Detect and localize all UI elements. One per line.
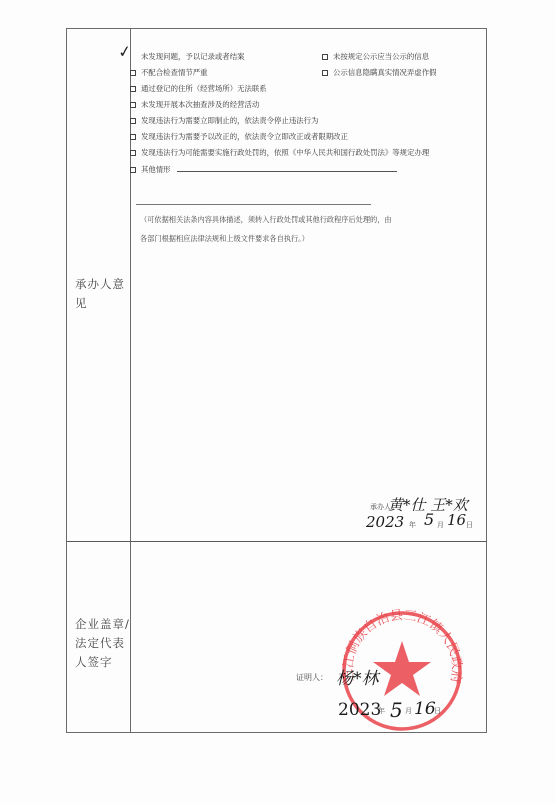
separator-line (136, 204, 371, 205)
year-unit: 年 (378, 706, 385, 716)
option-other[interactable]: 其他情形 (130, 163, 397, 175)
section-label-company-seal: 企业盖章/法定代表人签字 (67, 615, 131, 672)
option-label: 通过登记的住所（经营场所）无法联系 (141, 84, 267, 93)
witness-date-day: 16 (414, 699, 436, 719)
checkbox[interactable] (130, 70, 136, 76)
option-not-publicized[interactable]: 未按规定公示应当公示的信息 (322, 51, 429, 63)
option-label: 其他情形 (141, 165, 171, 174)
checkbox[interactable] (130, 150, 136, 156)
option-correct-violation[interactable]: 发现违法行为需要予以改正的，依法责令立即改正或者限期改正 (130, 131, 348, 143)
handler-opinion-label-text: 承办人意见 (75, 277, 125, 310)
company-seal-label-text: 企业盖章/法定代表人签字 (75, 617, 130, 669)
witness-date-year: 2023 (338, 700, 381, 720)
handler-date-year: 2023 (366, 513, 404, 531)
witness-date-month: 5 (390, 698, 403, 722)
option-no-problem[interactable]: 未发现问题，予以记录或者结案 (130, 51, 244, 63)
month-unit: 月 (405, 706, 412, 716)
row-divider (67, 541, 486, 542)
note-line-1: （可依据相关法条内容具体描述，须转入行政处罚或其他行政程序后处理的，由 (140, 210, 470, 229)
option-label: 未发现问题，予以记录或者结案 (141, 52, 244, 61)
note-line-2: 各部门根据相应法律法规和上级文件要求各自执行。） (140, 229, 470, 248)
option-label: 不配合检查情节严重 (141, 68, 208, 77)
other-fill-line[interactable] (177, 163, 397, 172)
checkbox[interactable] (130, 102, 136, 108)
option-label: 发现违法行为可能需要实施行政处罚的，依照《中华人民共和国行政处罚法》等规定办理 (141, 148, 429, 157)
option-non-cooperation[interactable]: 不配合检查情节严重 (130, 67, 208, 79)
instruction-note: （可依据相关法条内容具体描述，须转入行政处罚或其他行政程序后处理的，由 各部门根… (140, 210, 470, 248)
option-stop-violation[interactable]: 发现违法行为需要立即制止的，依法责令停止违法行为 (130, 115, 318, 127)
section-label-handler-opinion: 承办人意见 (67, 275, 131, 313)
option-administrative-penalty[interactable]: 发现违法行为可能需要实施行政处罚的，依照《中华人民共和国行政处罚法》等规定办理 (130, 147, 429, 159)
checkbox[interactable] (130, 86, 136, 92)
witness-signature: 杨*林 (336, 664, 379, 689)
checkbox[interactable] (130, 167, 136, 173)
witness-label: 证明人： (296, 672, 328, 683)
option-no-business-activity[interactable]: 未发现开展本次抽查涉及的经营活动 (130, 99, 259, 111)
option-unreachable[interactable]: 通过登记的住所（经营场所）无法联系 (130, 83, 267, 95)
checkbox[interactable] (130, 118, 136, 124)
option-label: 未按规定公示应当公示的信息 (333, 52, 429, 61)
handler-date-month: 5 (424, 510, 434, 529)
option-falsified-info[interactable]: 公示信息隐瞒真实情况弄虚作假 (322, 67, 436, 79)
checkbox-checked[interactable] (130, 54, 136, 60)
document-page: 承办人意见 企业盖章/法定代表人签字 ✓ 未发现问题，予以记录或者结案 未按规定… (0, 0, 555, 805)
day-unit: 日 (466, 520, 473, 530)
year-unit: 年 (409, 520, 416, 530)
checkbox[interactable] (322, 54, 328, 60)
option-label: 发现违法行为需要予以改正的，依法责令立即改正或者限期改正 (141, 132, 348, 141)
day-unit: 日 (434, 706, 441, 716)
option-label: 未发现开展本次抽查涉及的经营活动 (141, 100, 259, 109)
month-unit: 月 (437, 520, 444, 530)
handler-date-day: 16 (447, 511, 466, 529)
option-label: 发现违法行为需要立即制止的，依法责令停止违法行为 (141, 116, 318, 125)
checkbox[interactable] (130, 134, 136, 140)
option-label: 公示信息隐瞒真实情况弄虚作假 (333, 68, 436, 77)
checkbox[interactable] (322, 70, 328, 76)
